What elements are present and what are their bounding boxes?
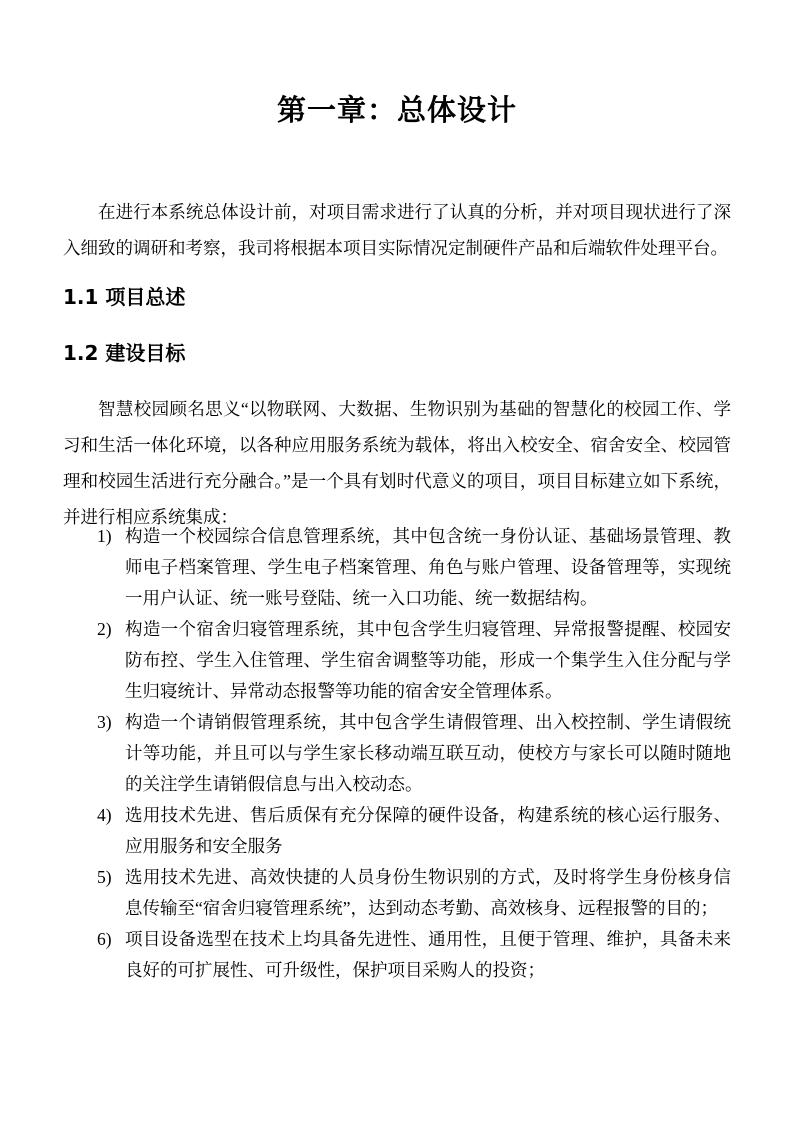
document-page: 第一章：总体设计 在进行本系统总体设计前，对项目需求进行了认真的分析，并对项目现…: [0, 0, 794, 1122]
list-item: 5) 选用技术先进、高效快捷的人员身份生物识别的方式，及时将学生身份核身信息传输…: [63, 862, 731, 924]
list-item-number: 1): [97, 521, 112, 552]
list-item-text: 构造一个宿舍归寝管理系统，其中包含学生归寝管理、异常报警提醒、校园安防布控、学生…: [125, 619, 731, 701]
list-item-number: 5): [97, 862, 112, 893]
list-item-text: 项目设备选型在技术上均具备先进性、通用性，且便于管理、维护，具备未来良好的可扩展…: [125, 929, 731, 980]
list-item: 1) 构造一个校园综合信息管理系统，其中包含统一身份认证、基础场景管理、教师电子…: [63, 521, 731, 614]
intro-paragraph: 在进行本系统总体设计前，对项目需求进行了认真的分析，并对项目现状进行了深入细致的…: [63, 194, 731, 266]
list-item: 6) 项目设备选型在技术上均具备先进性、通用性，且便于管理、维护，具备未来良好的…: [63, 924, 731, 986]
list-item: 2) 构造一个宿舍归寝管理系统，其中包含学生归寝管理、异常报警提醒、校园安防布控…: [63, 614, 731, 707]
list-item-number: 4): [97, 800, 112, 831]
list-item-text: 选用技术先进、高效快捷的人员身份生物识别的方式，及时将学生身份核身信息传输至“宿…: [125, 867, 731, 918]
list-item-number: 6): [97, 924, 112, 955]
list-item-text: 选用技术先进、售后质保有充分保障的硬件设备，构建系统的核心运行服务、应用服务和安…: [125, 805, 731, 856]
list-item-text: 构造一个校园综合信息管理系统，其中包含统一身份认证、基础场景管理、教师电子档案管…: [125, 526, 731, 608]
section-heading-1-2: 1.2 建设目标: [63, 340, 731, 366]
goals-list: 1) 构造一个校园综合信息管理系统，其中包含统一身份认证、基础场景管理、教师电子…: [63, 521, 731, 986]
chapter-title: 第一章：总体设计: [63, 90, 731, 130]
list-item: 4) 选用技术先进、售后质保有充分保障的硬件设备，构建系统的核心运行服务、应用服…: [63, 800, 731, 862]
list-item-number: 2): [97, 614, 112, 645]
list-item-number: 3): [97, 707, 112, 738]
list-item: 3) 构造一个请销假管理系统，其中包含学生请假管理、出入校控制、学生请假统计等功…: [63, 707, 731, 800]
list-item-text: 构造一个请销假管理系统，其中包含学生请假管理、出入校控制、学生请假统计等功能，并…: [125, 712, 731, 794]
goals-intro-paragraph: 智慧校园顾名思义“以物联网、大数据、生物识别为基础的智慧化的校园工作、学习和生活…: [63, 391, 731, 535]
section-heading-1-1: 1.1 项目总述: [63, 284, 731, 310]
